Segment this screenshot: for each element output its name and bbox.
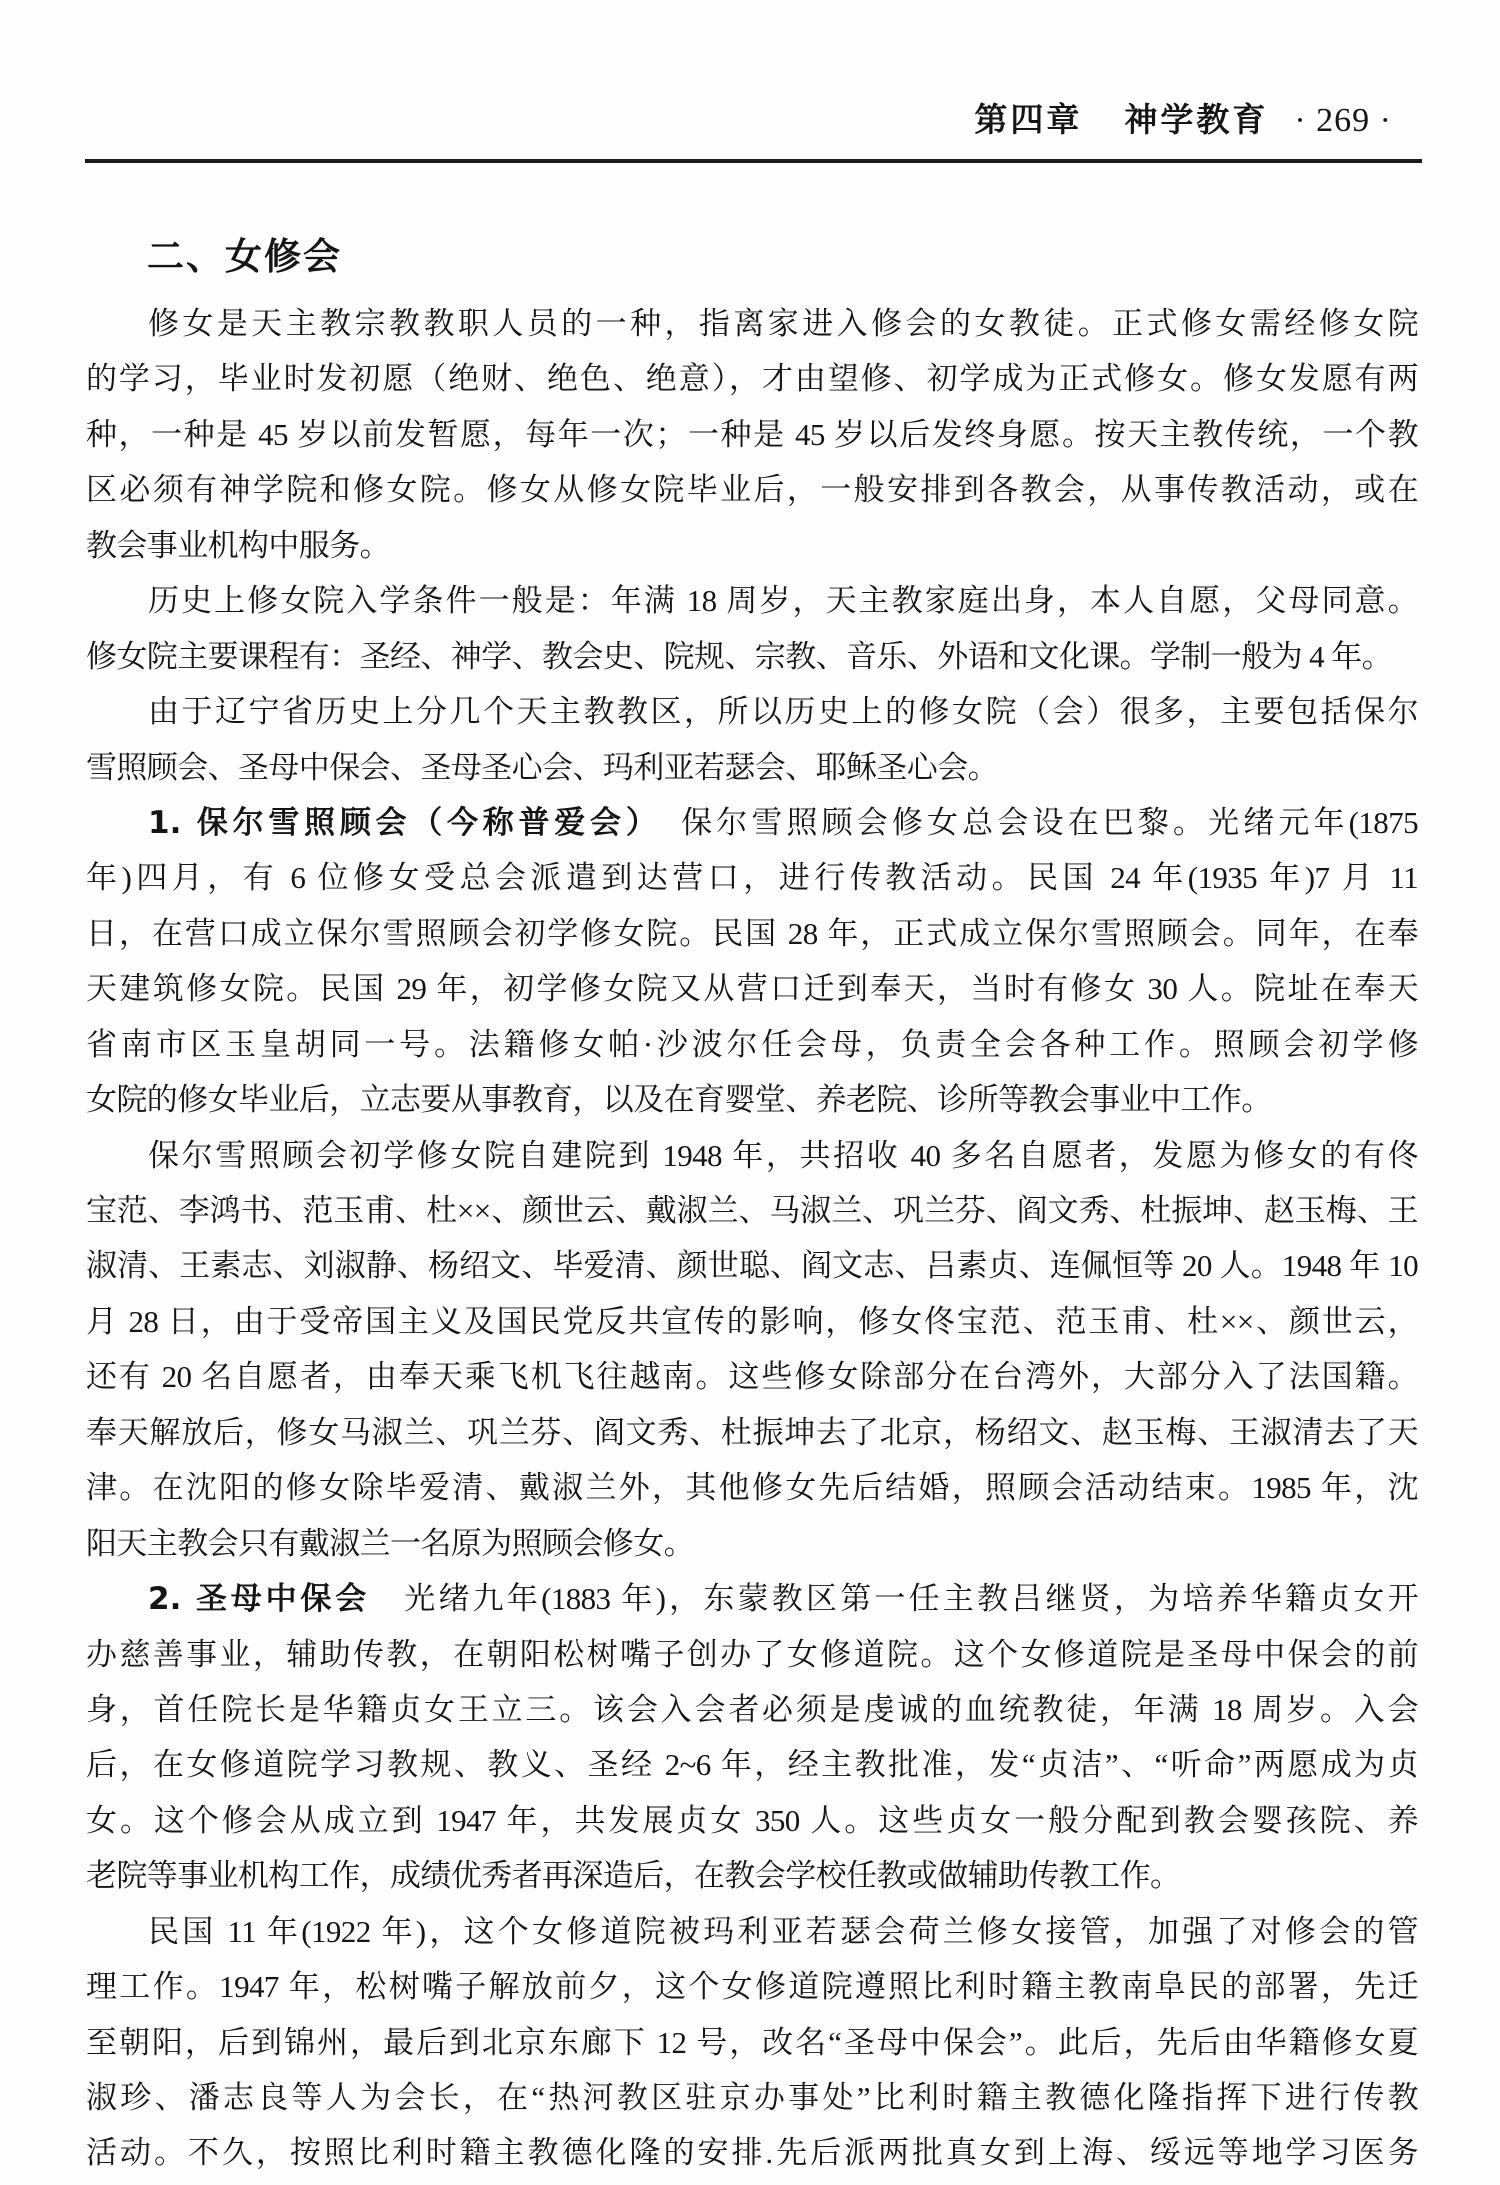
- paragraph: 由于辽宁省历史上分几个天主教教区，所以历史上的修女院（会）很多，主要包括保尔雪照…: [86, 684, 1418, 795]
- text-line: 的学习，毕业时发初愿（绝财、绝色、绝意），才由望修、初学成为正式修女。修女发愿有…: [86, 351, 1418, 406]
- text-line: 月 28 日，由于受帝国主义及国民党反共宣传的影响，修女佟宝范、范玉甫、杜××、…: [86, 1294, 1418, 1349]
- text-segment: 修女是天主教宗教教职人员的一种，指离家进入修会的女教徒。正式修女需经修女院: [148, 306, 1418, 341]
- run-in-heading: 2. 圣母中保会: [148, 1581, 370, 1617]
- text-segment: 奉天解放后，修女马淑兰、巩兰芬、阎文秀、杜振坤去了北京，杨绍文、赵玉梅、王淑清去…: [86, 1415, 1418, 1450]
- text-segment: 女院的修女毕业后，立志要从事教育，以及在育婴堂、养老院、诊所等教会事业中工作。: [86, 1082, 1272, 1117]
- header-rule: [85, 159, 1422, 163]
- paragraph: 2. 圣母中保会 光绪九年(1883 年)，东蒙教区第一任主教吕继贤，为培养华籍…: [86, 1571, 1418, 1904]
- text-segment: 后，在女修道院学习教规、教义、圣经 2~6 年，经主教批准，发“贞洁”、“听命”…: [86, 1747, 1418, 1782]
- paragraph: 1. 保尔雪照顾会（今称普爱会） 保尔雪照顾会修女总会设在巴黎。光绪元年(187…: [86, 795, 1418, 1128]
- text-line: 种，一种是 45 岁以前发暂愿，每年一次；一种是 45 岁以后发终身愿。按天主教…: [86, 407, 1418, 462]
- text-segment: 民国 11 年(1922 年)，这个女修道院被玛利亚若瑟会荷兰修女接管，加强了对…: [148, 1914, 1418, 1949]
- text-line: 修女是天主教宗教教职人员的一种，指离家进入修会的女教徒。正式修女需经修女院: [86, 296, 1418, 351]
- text-segment: 活动。不久，按照比利时籍主教德化隆的安排.先后派两批真女到上海、绥远等地学习医务: [86, 2135, 1418, 2170]
- text-line: 津。在沈阳的修女除毕爱清、戴淑兰外，其他修女先后结婚，照顾会活动结束。1985 …: [86, 1460, 1418, 1515]
- text-line: 民国 11 年(1922 年)，这个女修道院被玛利亚若瑟会荷兰修女接管，加强了对…: [86, 1904, 1418, 1959]
- text-line: 女。这个修会从成立到 1947 年，共发展贞女 350 人。这些贞女一般分配到教…: [86, 1793, 1418, 1848]
- text-segment: 省南市区玉皇胡同一号。法籍修女帕·沙波尔任会母，负责全会各种工作。照顾会初学修: [86, 1027, 1418, 1062]
- text-line: 还有 20 名自愿者，由奉天乘飞机飞往越南。这些修女除部分在台湾外，大部分入了法…: [86, 1349, 1418, 1404]
- text-line: 淑清、王素志、刘淑静、杨绍文、毕爱清、颜世聪、阎文志、吕素贞、连佩恒等 20 人…: [86, 1238, 1418, 1293]
- chapter-label: 第四章: [974, 94, 1082, 141]
- text-segment: 至朝阳，后到锦州，最后到北京东廊下 12 号，改名“圣母中保会”。此后，先后由华…: [86, 2025, 1418, 2060]
- page-number: · 269 ·: [1294, 102, 1392, 140]
- text-segment: 年)四月，有 6 位修女受总会派遣到达营口，进行传教活动。民国 24 年(193…: [86, 860, 1418, 895]
- text-segment: 由于辽宁省历史上分几个天主教教区，所以历史上的修女院（会）很多，主要包括保尔: [148, 694, 1418, 729]
- text-segment: 保尔雪照顾会初学修女院自建院到 1948 年，共招收 40 多名自愿者，发愿为修…: [148, 1138, 1418, 1173]
- text-segment: 月 28 日，由于受帝国主义及国民党反共宣传的影响，修女佟宝范、范玉甫、杜××、…: [86, 1304, 1418, 1339]
- text-line: 至朝阳，后到锦州，最后到北京东廊下 12 号，改名“圣母中保会”。此后，先后由华…: [86, 2015, 1418, 2070]
- text-line: 办慈善事业，辅助传教，在朝阳松树嘴子创办了女修道院。这个女修道院是圣母中保会的前: [86, 1627, 1418, 1682]
- book-page: 第四章 神学教育 · 269 · 二、女修会 修女是天主教宗教教职人员的一种，指…: [0, 0, 1500, 2185]
- text-segment: 身，首任院长是华籍贞女王立三。该会入会者必须是虔诚的血统教徒，年满 18 周岁。…: [86, 1692, 1418, 1727]
- text-line: 教会事业机构中服务。: [86, 518, 1418, 573]
- body-text: 修女是天主教宗教教职人员的一种，指离家进入修会的女教徒。正式修女需经修女院的学习…: [86, 296, 1418, 2181]
- text-segment: 种，一种是 45 岁以前发暂愿，每年一次；一种是 45 岁以后发终身愿。按天主教…: [86, 417, 1418, 452]
- text-line: 奉天解放后，修女马淑兰、巩兰芬、阎文秀、杜振坤去了北京，杨绍文、赵玉梅、王淑清去…: [86, 1405, 1418, 1460]
- text-line: 宝范、李鸿书、范玉甫、杜××、颜世云、戴淑兰、马淑兰、巩兰芬、阎文秀、杜振坤、赵…: [86, 1183, 1418, 1238]
- text-segment: 历史上修女院入学条件一般是：年满 18 周岁，天主教家庭出身，本人自愿，父母同意…: [148, 583, 1418, 618]
- text-segment: 淑珍、潘志良等人为会长，在“热河教区驻京办事处”比利时籍主教德化隆指挥下进行传教: [86, 2080, 1418, 2115]
- text-segment: 办慈善事业，辅助传教，在朝阳松树嘴子创办了女修道院。这个女修道院是圣母中保会的前: [86, 1637, 1418, 1672]
- run-in-heading: 1. 保尔雪照顾会（今称普爱会）: [148, 805, 646, 841]
- section-heading: 二、女修会: [147, 226, 342, 280]
- text-line: 2. 圣母中保会 光绪九年(1883 年)，东蒙教区第一任主教吕继贤，为培养华籍…: [86, 1571, 1418, 1626]
- text-segment: 理工作。1947 年，松树嘴子解放前夕，这个女修道院遵照比利时籍主教南阜民的部署…: [86, 1969, 1418, 2004]
- text-segment: 雪照顾会、圣母中保会、圣母圣心会、玛利亚若瑟会、耶稣圣心会。: [86, 750, 998, 785]
- text-segment: 保尔雪照顾会修女总会设在巴黎。光绪元年(1875: [646, 805, 1418, 840]
- text-segment: 宝范、李鸿书、范玉甫、杜××、颜世云、戴淑兰、马淑兰、巩兰芬、阎文秀、杜振坤、赵…: [86, 1193, 1418, 1228]
- text-segment: 淑清、王素志、刘淑静、杨绍文、毕爱清、颜世聪、阎文志、吕素贞、连佩恒等 20 人…: [86, 1248, 1418, 1283]
- text-line: 女院的修女毕业后，立志要从事教育，以及在育婴堂、养老院、诊所等教会事业中工作。: [86, 1072, 1418, 1127]
- text-line: 淑珍、潘志良等人为会长，在“热河教区驻京办事处”比利时籍主教德化隆指挥下进行传教: [86, 2070, 1418, 2125]
- chapter-title: 神学教育: [1124, 94, 1268, 141]
- text-line: 活动。不久，按照比利时籍主教德化隆的安排.先后派两批真女到上海、绥远等地学习医务: [86, 2125, 1418, 2180]
- text-line: 日，在营口成立保尔雪照顾会初学修女院。民国 28 年，正式成立保尔雪照顾会。同年…: [86, 906, 1418, 961]
- text-line: 后，在女修道院学习教规、教义、圣经 2~6 年，经主教批准，发“贞洁”、“听命”…: [86, 1737, 1418, 1792]
- text-line: 修女院主要课程有：圣经、神学、教会史、院规、宗教、音乐、外语和文化课。学制一般为…: [86, 629, 1418, 684]
- paragraph: 保尔雪照顾会初学修女院自建院到 1948 年，共招收 40 多名自愿者，发愿为修…: [86, 1128, 1418, 1572]
- text-line: 雪照顾会、圣母中保会、圣母圣心会、玛利亚若瑟会、耶稣圣心会。: [86, 740, 1418, 795]
- text-segment: 老院等事业机构工作，成绩优秀者再深造后，在教会学校任教或做辅助传教工作。: [86, 1858, 1180, 1893]
- text-segment: 光绪九年(1883 年)，东蒙教区第一任主教吕继贤，为培养华籍贞女开: [370, 1581, 1418, 1616]
- text-segment: 日，在营口成立保尔雪照顾会初学修女院。民国 28 年，正式成立保尔雪照顾会。同年…: [86, 916, 1418, 951]
- text-segment: 天建筑修女院。民国 29 年，初学修女院又从营口迁到奉天，当时有修女 30 人。…: [86, 971, 1418, 1006]
- text-line: 保尔雪照顾会初学修女院自建院到 1948 年，共招收 40 多名自愿者，发愿为修…: [86, 1128, 1418, 1183]
- running-header: 第四章 神学教育 · 269 ·: [0, 94, 1392, 141]
- paragraph: 民国 11 年(1922 年)，这个女修道院被玛利亚若瑟会荷兰修女接管，加强了对…: [86, 1904, 1418, 2181]
- text-line: 省南市区玉皇胡同一号。法籍修女帕·沙波尔任会母，负责全会各种工作。照顾会初学修: [86, 1017, 1418, 1072]
- paragraph: 历史上修女院入学条件一般是：年满 18 周岁，天主教家庭出身，本人自愿，父母同意…: [86, 573, 1418, 684]
- text-line: 年)四月，有 6 位修女受总会派遣到达营口，进行传教活动。民国 24 年(193…: [86, 850, 1418, 905]
- text-segment: 津。在沈阳的修女除毕爱清、戴淑兰外，其他修女先后结婚，照顾会活动结束。1985 …: [86, 1470, 1418, 1505]
- text-line: 1. 保尔雪照顾会（今称普爱会） 保尔雪照顾会修女总会设在巴黎。光绪元年(187…: [86, 795, 1418, 850]
- text-line: 历史上修女院入学条件一般是：年满 18 周岁，天主教家庭出身，本人自愿，父母同意…: [86, 573, 1418, 628]
- text-segment: 教会事业机构中服务。: [86, 528, 390, 563]
- text-segment: 阳天主教会只有戴淑兰一名原为照顾会修女。: [86, 1526, 694, 1561]
- text-segment: 还有 20 名自愿者，由奉天乘飞机飞往越南。这些修女除部分在台湾外，大部分入了法…: [86, 1359, 1418, 1394]
- text-line: 老院等事业机构工作，成绩优秀者再深造后，在教会学校任教或做辅助传教工作。: [86, 1848, 1418, 1903]
- text-segment: 女。这个修会从成立到 1947 年，共发展贞女 350 人。这些贞女一般分配到教…: [86, 1803, 1418, 1838]
- text-line: 由于辽宁省历史上分几个天主教教区，所以历史上的修女院（会）很多，主要包括保尔: [86, 684, 1418, 739]
- paragraph: 修女是天主教宗教教职人员的一种，指离家进入修会的女教徒。正式修女需经修女院的学习…: [86, 296, 1418, 573]
- text-line: 理工作。1947 年，松树嘴子解放前夕，这个女修道院遵照比利时籍主教南阜民的部署…: [86, 1959, 1418, 2014]
- text-segment: 区必须有神学院和修女院。修女从修女院毕业后，一般安排到各教会，从事传教活动，或在: [86, 472, 1418, 507]
- text-line: 身，首任院长是华籍贞女王立三。该会入会者必须是虔诚的血统教徒，年满 18 周岁。…: [86, 1682, 1418, 1737]
- text-line: 阳天主教会只有戴淑兰一名原为照顾会修女。: [86, 1516, 1418, 1571]
- text-line: 区必须有神学院和修女院。修女从修女院毕业后，一般安排到各教会，从事传教活动，或在: [86, 462, 1418, 517]
- text-line: 天建筑修女院。民国 29 年，初学修女院又从营口迁到奉天，当时有修女 30 人。…: [86, 961, 1418, 1016]
- text-segment: 的学习，毕业时发初愿（绝财、绝色、绝意），才由望修、初学成为正式修女。修女发愿有…: [86, 361, 1418, 396]
- text-segment: 修女院主要课程有：圣经、神学、教会史、院规、宗教、音乐、外语和文化课。学制一般为…: [86, 639, 1392, 674]
